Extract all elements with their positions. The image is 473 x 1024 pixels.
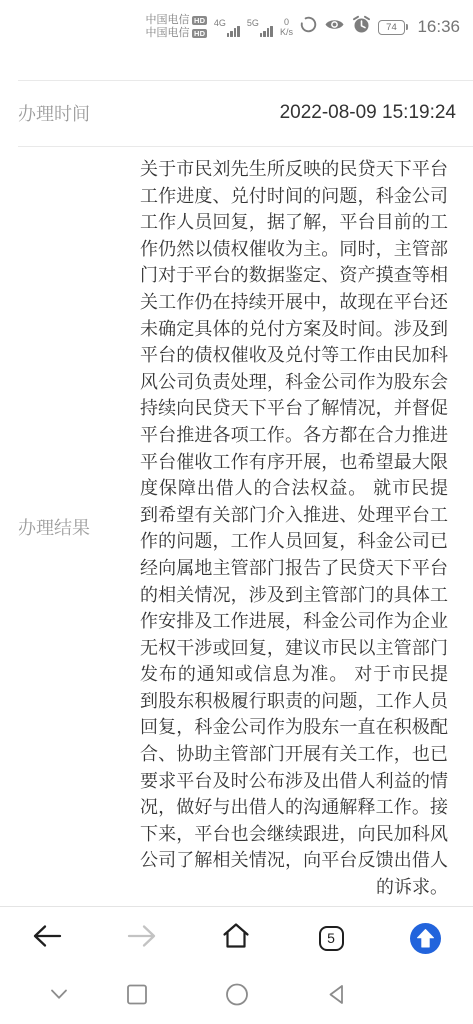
table-row: 办理结果 关于市民刘先生所反映的民贷天下平台工作进度、兑付时间的问题，科金公司工… — [0, 147, 473, 906]
nav-home-button[interactable] — [225, 983, 249, 1012]
scroll-top-button[interactable] — [378, 923, 473, 954]
signal-5g-icon: 5G — [247, 17, 273, 37]
tab-count: 5 — [327, 930, 335, 946]
back-button[interactable] — [0, 923, 95, 954]
clock-time: 16:36 — [417, 17, 460, 37]
row-value-process-time: 2022-08-09 15:19:24 — [280, 102, 456, 124]
carrier-block: 中国电信 HD 中国电信 HD — [145, 14, 206, 40]
status-bar: 中国电信 HD 中国电信 HD 4G 5G 0 K/s — [0, 0, 473, 54]
carrier-name: 中国电信 — [145, 14, 189, 27]
row-label-process-result: 办理结果 — [18, 514, 90, 540]
battery-icon: 74 — [378, 20, 409, 35]
triangle-left-icon — [326, 983, 348, 1012]
system-nav-bar — [0, 975, 473, 1024]
browser-toolbar: 5 — [0, 906, 473, 975]
row-value-process-result: 关于市民刘先生所反映的民贷天下平台工作进度、兑付时间的问题，科金公司工作人员回复… — [140, 156, 448, 906]
nav-hide-button[interactable] — [49, 988, 69, 1006]
chevron-down-icon — [49, 988, 69, 1006]
home-button[interactable] — [189, 921, 284, 955]
sync-icon — [300, 16, 317, 38]
network-speed: 0 K/s — [280, 17, 293, 37]
row-label-process-time: 办理时间 — [18, 100, 90, 126]
back-arrow-icon — [31, 923, 63, 954]
nav-recents-button[interactable] — [126, 984, 148, 1011]
circle-icon — [225, 983, 249, 1012]
forward-button[interactable] — [95, 923, 190, 954]
carrier-name: 中国电信 — [145, 27, 189, 40]
table-row: 办理时间 2022-08-09 15:19:24 — [0, 81, 473, 145]
signal-4g-icon: 4G — [214, 17, 240, 37]
hd-badge-icon: HD — [192, 16, 206, 25]
tab-counter-icon: 5 — [319, 926, 344, 951]
nav-back-button[interactable] — [326, 983, 348, 1012]
tabs-button[interactable]: 5 — [284, 926, 379, 951]
arrow-up-circle-icon — [410, 923, 441, 954]
alarm-icon — [352, 15, 371, 39]
forward-arrow-icon — [126, 923, 158, 954]
home-icon — [220, 921, 252, 955]
square-icon — [126, 984, 148, 1011]
hd-badge-icon: HD — [192, 29, 206, 38]
battery-percent: 74 — [378, 20, 405, 35]
eye-icon — [324, 17, 345, 37]
